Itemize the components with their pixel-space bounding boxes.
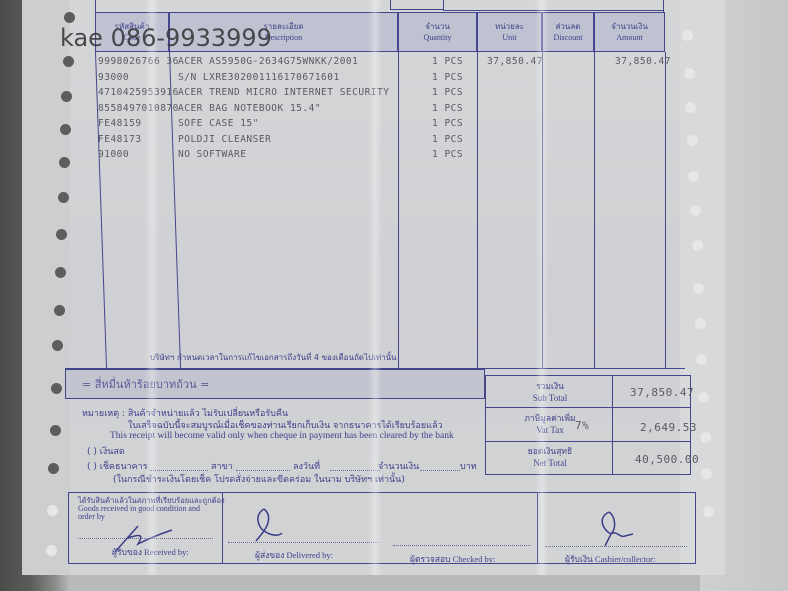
item-amount: 37,850.47	[615, 56, 671, 67]
item-code: 9998026766 36	[98, 56, 179, 67]
paper-fold	[535, 0, 549, 575]
sprocket-hole	[58, 192, 69, 203]
item-code: 91000	[98, 149, 129, 160]
item-quantity: 1 PCS	[432, 56, 463, 67]
item-description: SOFE CASE 15"	[178, 118, 259, 129]
item-description: NO SOFTWARE	[178, 149, 246, 160]
header-discount-th: ส่วนลด	[543, 21, 593, 32]
item-code: FE48173	[98, 134, 142, 145]
totals-divider	[612, 375, 613, 475]
paper-fold	[368, 0, 382, 575]
payment-cheque-checkbox: ( ) เช็คธนาคาร	[87, 459, 148, 473]
item-description: ACER BAG NOTEBOOK 15.4"	[178, 103, 321, 114]
remarks-line3: This receipt will become valid only when…	[110, 431, 454, 441]
item-description: ACER AS5950G-2634G75WNKK/2001	[178, 56, 358, 67]
border-line	[443, 10, 663, 11]
totals-divider	[485, 441, 691, 442]
item-quantity: 1 PCS	[432, 118, 463, 129]
column-divider	[477, 52, 478, 368]
remarks-label: หมายเหตุ :	[82, 409, 125, 419]
sprocket-hole	[64, 12, 75, 23]
item-code: 8558497010870	[98, 103, 179, 114]
amount-label: จำนวนเงิน	[378, 459, 419, 473]
header-unit-th: หน่วยละ	[478, 21, 541, 32]
item-code: 4710425953916	[98, 87, 179, 98]
payment-cash-checkbox: ( ) เงินสด	[87, 444, 125, 458]
item-code: FE48159	[98, 118, 142, 129]
subtotal-label-en: Sub Total	[490, 393, 610, 404]
item-quantity: 1 PCS	[432, 103, 463, 114]
item-quantity: 1 PCS	[432, 87, 463, 98]
header-quantity-th: จำนวน	[399, 21, 476, 32]
sprocket-hole	[698, 392, 709, 403]
amount-blank	[420, 470, 460, 471]
border-line	[663, 0, 664, 12]
delivered-by-label: ผู้ส่งของ Delivered by:	[255, 548, 333, 562]
checked-by-label: ผู้ตรวจสอบ Checked by:	[410, 552, 495, 566]
remarks-line2: ใบเสร็จฉบับนี้จะสมบูรณ์เมื่อเช็คของท่านเ…	[128, 418, 443, 432]
header-quantity-en: Quantity	[399, 32, 476, 43]
paper-fold	[145, 0, 159, 575]
border-line	[390, 9, 443, 10]
item-quantity: 1 PCS	[432, 134, 463, 145]
vat-label-en: Vat Tax	[490, 425, 610, 436]
sprocket-hole	[59, 157, 70, 168]
received-note-en2: order by	[78, 512, 105, 521]
sprocket-hole	[692, 240, 703, 251]
border-line	[443, 0, 444, 10]
header-unit-en: Unit	[478, 32, 541, 43]
column-divider	[665, 52, 666, 368]
baht-label: บาท	[460, 459, 477, 473]
vat-value: 2,649.53	[640, 421, 697, 434]
net-total-label-th: ยอดเงินสุทธิ	[490, 447, 610, 458]
phone-watermark: kae 086-9933999	[60, 24, 272, 52]
delivered-signature	[250, 505, 290, 545]
item-description: ACER TREND MICRO INTERNET SECURITY	[178, 87, 389, 98]
item-quantity: 1 PCS	[432, 149, 463, 160]
sprocket-hole	[690, 205, 701, 216]
column-header-amount: จำนวนเงิน Amount	[594, 12, 665, 52]
vat-label-th: ภาษีมูลค่าเพิ่ม	[490, 414, 610, 425]
column-header-unit: หน่วยละ Unit	[477, 12, 542, 52]
correction-note: บริษัทฯ กำหนดเวลาในการแก้ไขเอกสารถึงวันท…	[150, 351, 397, 364]
vat-rate: 7%	[575, 419, 589, 432]
item-description: S/N LXRE302001116170671601	[178, 72, 340, 83]
header-amount-th: จำนวนเงิน	[595, 21, 664, 32]
sprocket-hole	[50, 425, 61, 436]
net-total-label-en: Net Total	[490, 458, 610, 469]
column-divider	[398, 52, 399, 368]
column-header-discount: ส่วนลด Discount	[542, 12, 594, 52]
header-amount-en: Amount	[595, 32, 664, 43]
sprocket-hole	[687, 135, 698, 146]
column-divider	[594, 52, 595, 368]
sprocket-hole	[54, 305, 65, 316]
sprocket-hole	[703, 506, 714, 517]
sprocket-hole	[55, 267, 66, 278]
totals-divider	[485, 407, 691, 408]
sprocket-hole	[51, 383, 62, 394]
sprocket-hole	[684, 68, 695, 79]
cashier-signature	[595, 508, 640, 548]
sprocket-hole	[682, 30, 693, 41]
header-discount-en: Discount	[543, 32, 593, 43]
checked-signature-line	[393, 545, 531, 546]
branch-blank	[236, 470, 290, 471]
column-header-quantity: จำนวน Quantity	[398, 12, 477, 52]
subtotal-value: 37,850.47	[630, 386, 694, 399]
item-quantity: 1 PCS	[432, 72, 463, 83]
subtotal-label-th: รวมเงิน	[490, 382, 610, 393]
item-code: 93000	[98, 72, 129, 83]
sprocket-hole	[695, 318, 706, 329]
branch-label: สาขา	[211, 459, 233, 473]
sprocket-hole	[63, 56, 74, 67]
net-total-label: ยอดเงินสุทธิ Net Total	[490, 447, 610, 469]
item-description: POLDJI CLEANSER	[178, 134, 271, 145]
date-label: ลงวันที่	[293, 459, 320, 473]
sprocket-hole	[46, 545, 57, 556]
vat-label: ภาษีมูลค่าเพิ่ม Vat Tax	[490, 414, 610, 436]
cashier-label: ผู้รับเงิน Cashier/collector:	[565, 552, 655, 566]
subtotal-label: รวมเงิน Sub Total	[490, 382, 610, 404]
tractor-strip-left	[22, 0, 70, 575]
border-line	[95, 0, 96, 12]
sprocket-hole	[700, 432, 711, 443]
net-total-value: 40,500.00	[635, 453, 699, 466]
